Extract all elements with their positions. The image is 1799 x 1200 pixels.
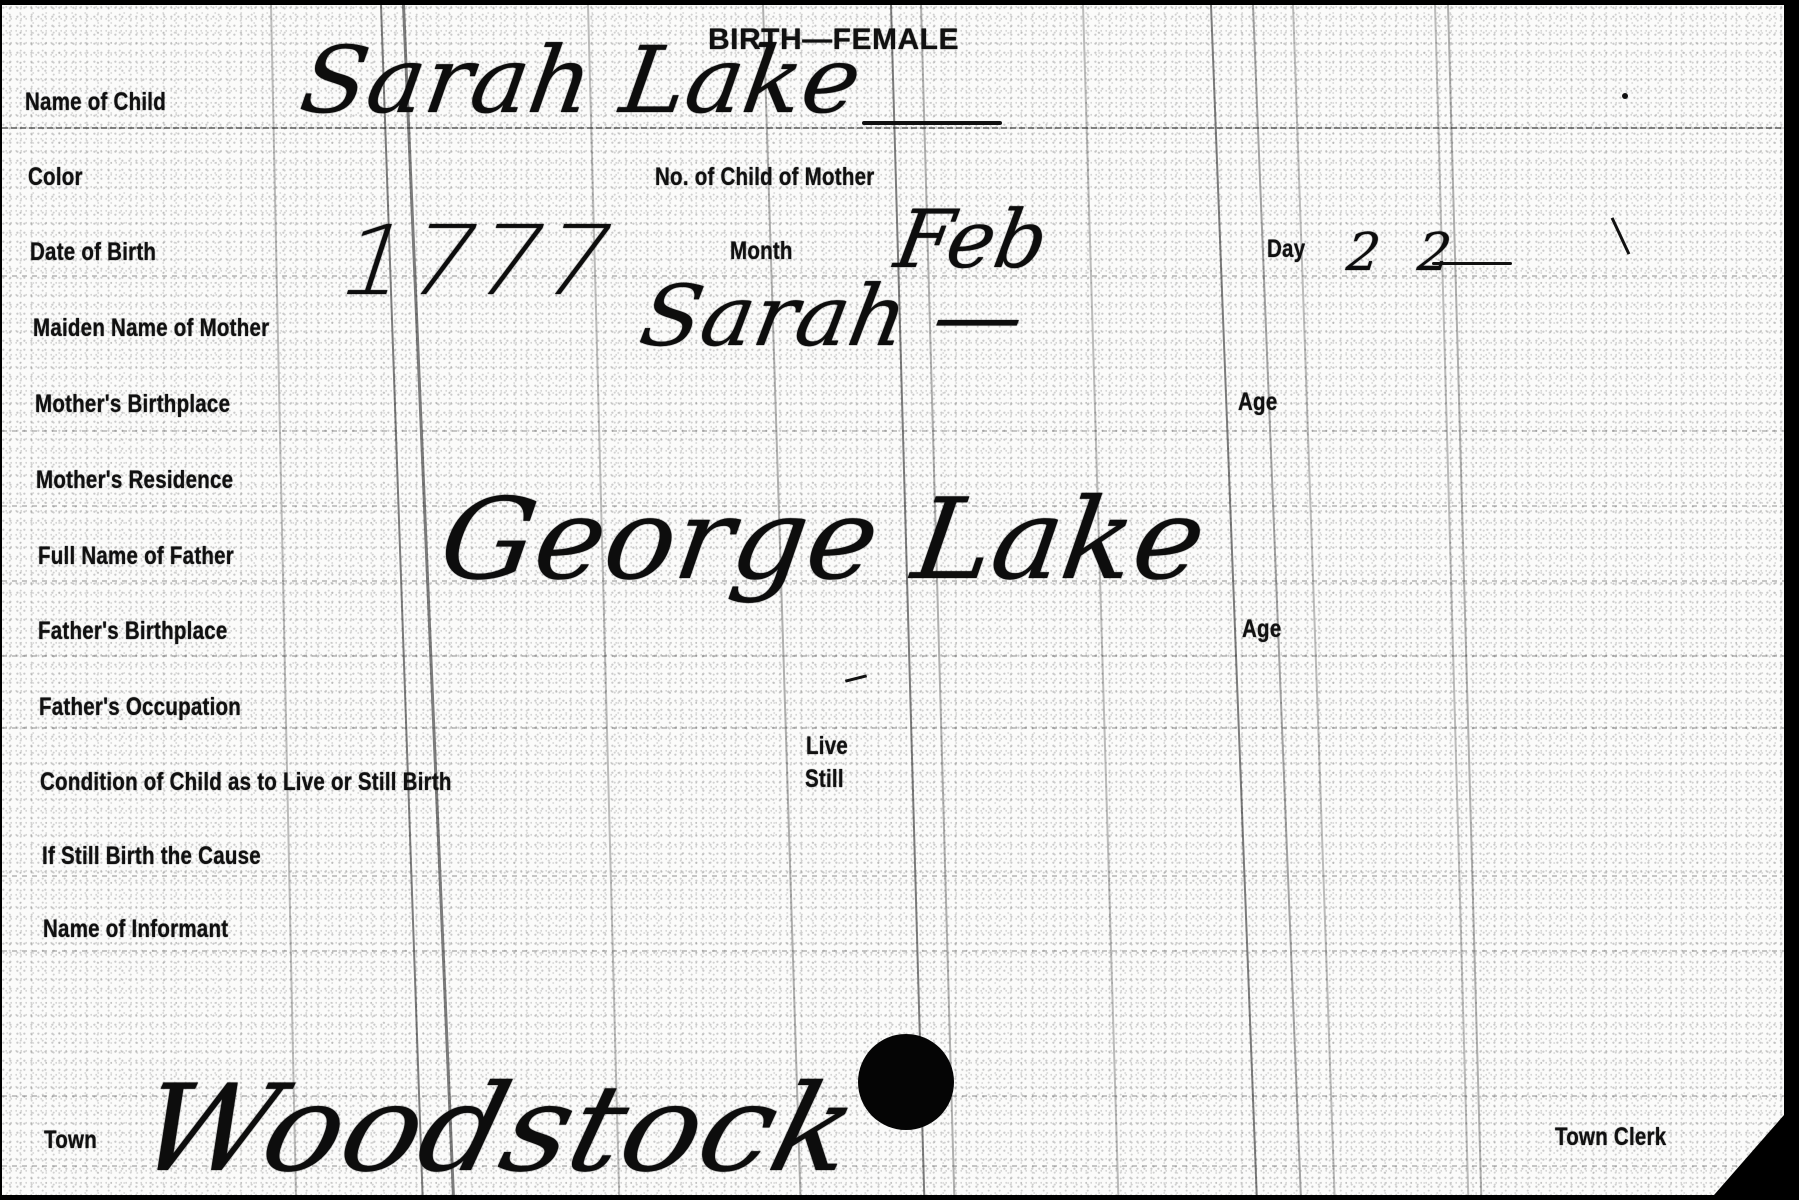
ruled-line [2,727,1784,729]
ink-mark [845,674,867,682]
label-if-still-birth-cause: If Still Birth the Cause [42,842,261,871]
label-town: Town [44,1126,97,1155]
handwritten-full-name-of-father: George Lake [433,475,1213,605]
handwritten-town: Woodstock [125,1060,871,1195]
scan-streak [1252,5,1302,1195]
label-name-of-informant: Name of Informant [43,915,228,944]
ruled-line [2,875,1784,877]
ruled-line [2,430,1784,432]
label-fathers-occupation: Father's Occupation [39,693,241,722]
punch-hole [858,1034,954,1130]
scan-streak [270,5,297,1195]
ink-mark [1622,93,1628,99]
scan-streak [1292,5,1336,1195]
ruled-line [2,655,1784,657]
ruled-line [2,950,1784,952]
label-day: Day [1267,235,1305,264]
label-town-clerk: Town Clerk [1555,1123,1666,1152]
label-mothers-age: Age [1238,388,1277,417]
handwritten-name-of-child: Sarah Lake [294,27,868,134]
corner-tear [1714,1115,1784,1195]
option-still: Still [805,765,844,794]
handwritten-underline [1432,262,1512,265]
label-condition-of-child: Condition of Child as to Live or Still B… [40,768,452,797]
handwritten-maiden-name-of-mother: Sarah — [633,267,1031,365]
label-no-of-child-of-mother: No. of Child of Mother [655,163,874,192]
label-color: Color [28,163,83,192]
label-date-of-birth: Date of Birth [30,238,156,267]
birth-record-card: BIRTH—FEMALE Name of Child Color No. of … [2,5,1784,1195]
handwritten-day: 22 [1344,223,1492,283]
ink-mark [1611,217,1631,255]
label-month: Month [730,237,793,266]
label-fathers-birthplace: Father's Birthplace [38,617,228,646]
label-fathers-age: Age [1242,615,1281,644]
label-full-name-of-father: Full Name of Father [38,542,234,571]
scan-streak [380,5,424,1195]
ruled-line [2,127,1784,129]
label-mothers-birthplace: Mother's Birthplace [35,390,230,419]
handwritten-birth-year: 1777 [324,205,629,317]
handwritten-underline [862,121,1002,125]
label-maiden-name-of-mother: Maiden Name of Mother [33,314,269,343]
label-mothers-residence: Mother's Residence [36,466,233,495]
scan-streak [1210,5,1258,1195]
label-name-of-child: Name of Child [25,88,166,117]
option-live: Live [806,732,848,761]
